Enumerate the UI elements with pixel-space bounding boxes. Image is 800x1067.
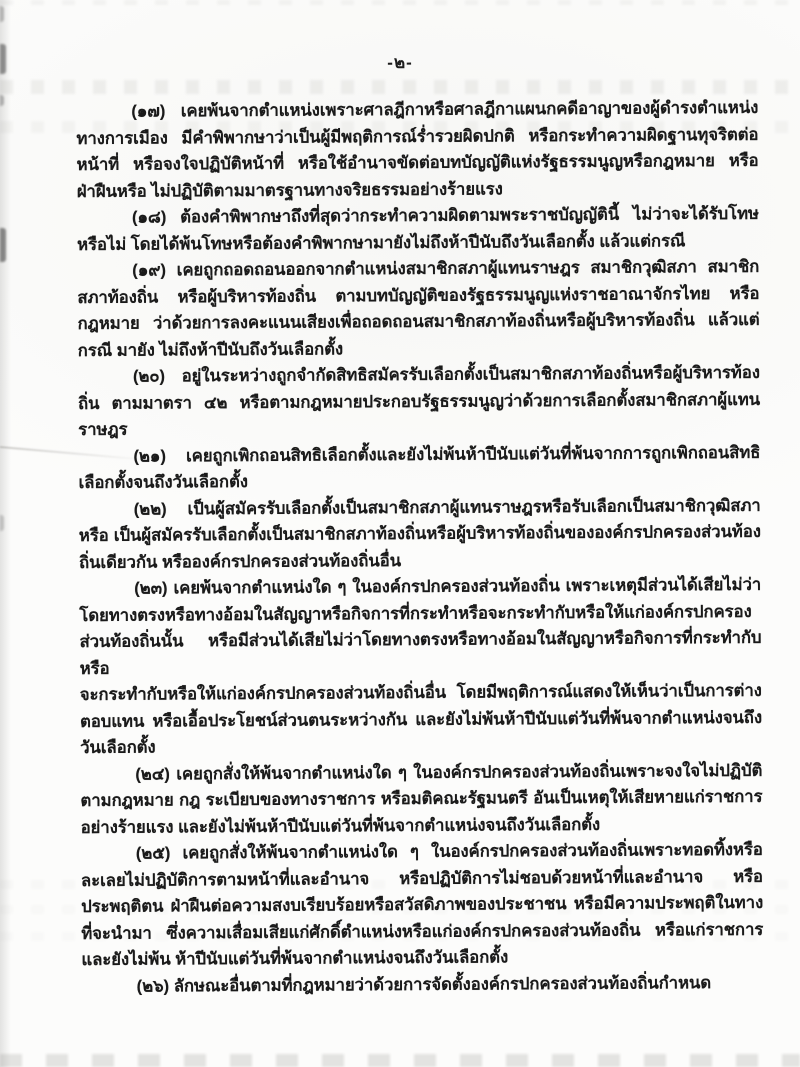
paragraph-clause-20: (๒๐) อยู่ในระหว่างถูกจำกัดสิทธิสมัครรับเ…: [78, 360, 760, 444]
paragraph-clause-23-continued: จะกระทำกับหรือให้แก่องค์กรปกครองส่วนท้อง…: [80, 678, 762, 762]
paragraph-clause-17: (๑๗) เคยพ้นจากตำแหน่งเพราะศาลฎีกาหรือศาล…: [76, 95, 759, 205]
paragraph-clause-24: (๒๔) เคยถูกสั่งให้พ้นจากตำแหน่งใด ๆ ในอง…: [80, 757, 762, 841]
document-content: -๒- (๑๗) เคยพ้นจากตำแหน่งเพราะศาลฎีกาหรื…: [0, 0, 800, 1067]
paragraph-clause-21: (๒๑) เคยถูกเพิกถอนสิทธิเลือกตั้งและยังไม…: [78, 439, 760, 496]
paragraph-clause-23: (๒๓) เคยพ้นจากตำแหน่งใด ๆ ในองค์กรปกครอง…: [79, 572, 762, 682]
paragraph-clause-22: (๒๒) เป็นผู้สมัครรับเลือกตั้งเป็นสมาชิกส…: [79, 492, 761, 576]
paragraph-clause-26: (๒๖) ลักษณะอื่นตามที่กฎหมายว่าด้วยการจัด…: [82, 969, 764, 1000]
paragraph-clause-18: (๑๘) ต้องคำพิพากษาถึงที่สุดว่ากระทำความผ…: [77, 201, 759, 258]
page-number: -๒-: [0, 47, 800, 79]
scanned-document-page: -๒- (๑๗) เคยพ้นจากตำแหน่งเพราะศาลฎีกาหรื…: [0, 0, 800, 1067]
paragraph-clause-25: (๒๕) เคยถูกสั่งให้พ้นจากตำแหน่งใด ๆ ในอง…: [81, 837, 764, 974]
document-body: (๑๗) เคยพ้นจากตำแหน่งเพราะศาลฎีกาหรือศาล…: [76, 95, 763, 1000]
paragraph-clause-19: (๑๙) เคยถูกถอดถอนออกจากตำแหน่งสมาชิกสภาผ…: [77, 254, 760, 364]
